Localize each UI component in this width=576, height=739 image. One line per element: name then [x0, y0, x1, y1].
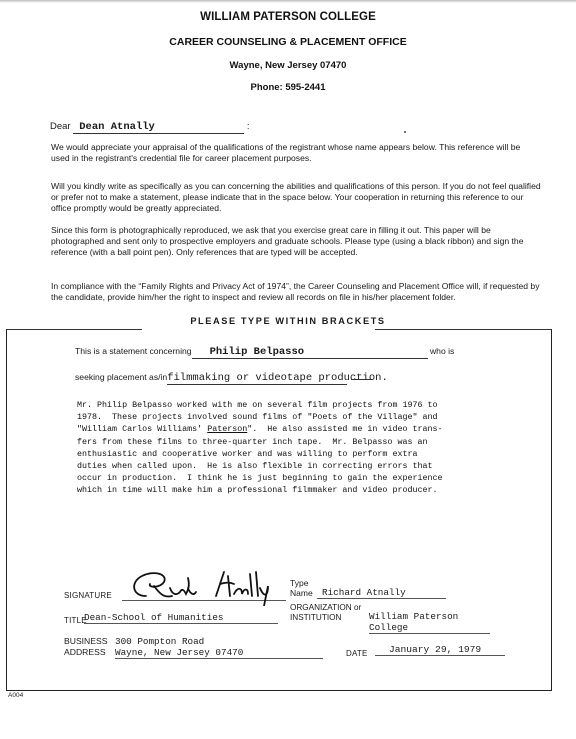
organization-label: ORGANIZATION or INSTITUTION [290, 603, 361, 623]
instruction-paragraph-2: Will you kindly write as specifically as… [51, 181, 541, 215]
concerning-label: This is a statement concerning [75, 346, 192, 356]
concerning-row: This is a statement concerningPhilip Bel… [75, 346, 454, 359]
seeking-label: seeking placement as/in [75, 372, 167, 382]
candidate-name-field[interactable]: Philip Belpasso [192, 347, 428, 359]
typed-name-field[interactable]: Richard Atnally [317, 587, 446, 599]
statement-text-part-2: ". He also assisted me in video trans- f… [77, 424, 443, 495]
organization-label-line-1: ORGANIZATION or [290, 603, 361, 613]
type-label: Type [290, 578, 313, 588]
scan-top-edge [0, 0, 576, 3]
business-address-label: BUSINESS ADDRESS [64, 636, 107, 658]
address-line-2-field[interactable]: Wayne, New Jersey 07470 [115, 647, 323, 659]
seeking-row: seeking placement as/infilmmaking or vid… [75, 372, 373, 385]
salutation: Dear Dean Atnally : [50, 121, 250, 134]
salutation-label: Dear [50, 121, 71, 132]
organization-label-line-2: INSTITUTION [290, 613, 361, 623]
placement-field-trailing-line [351, 379, 373, 380]
form-code: A004 [8, 692, 23, 699]
placement-field[interactable]: filmmaking or videotape production. [167, 373, 347, 385]
business-label: BUSINESS [64, 636, 107, 647]
date-label: DATE [346, 649, 368, 658]
type-name-label: Type Name [290, 578, 313, 598]
institution-name: WILLIAM PATERSON COLLEGE [0, 11, 576, 23]
instruction-paragraph-4: In compliance with the “Family Rights an… [51, 281, 541, 303]
scan-speck [404, 131, 406, 133]
who-is-label: who is [430, 346, 454, 356]
salutation-colon: : [247, 121, 250, 132]
address-line-1-field[interactable]: 300 Pompton Road [115, 636, 204, 647]
address-label: ADDRESS [64, 647, 107, 658]
signature-label: SIGNATURE [64, 591, 112, 600]
statement-underlined-title: Paterson [207, 424, 247, 434]
instruction-paragraph-1: We would appreciate your appraisal of th… [51, 142, 541, 164]
instruction-paragraph-3: Since this form is photographically repr… [51, 225, 541, 259]
office-location: Wayne, New Jersey 07470 [0, 60, 576, 71]
handwritten-signature[interactable] [124, 566, 294, 606]
organization-field[interactable]: William Paterson College [369, 611, 490, 634]
reference-statement[interactable]: Mr. Philip Belpasso worked with me on se… [77, 399, 527, 497]
recipient-name-field[interactable]: Dean Atnally [73, 122, 244, 134]
name-label: Name [290, 588, 313, 598]
office-name: CAREER COUNSELING & PLACEMENT OFFICE [0, 36, 576, 48]
title-field[interactable]: Dean-School of Humanities [84, 612, 278, 624]
brackets-heading: PLEASE TYPE WITHIN BRACKETS [0, 316, 576, 326]
date-field[interactable]: January 29, 1979 [375, 644, 505, 656]
office-phone: Phone: 595-2441 [0, 82, 576, 93]
